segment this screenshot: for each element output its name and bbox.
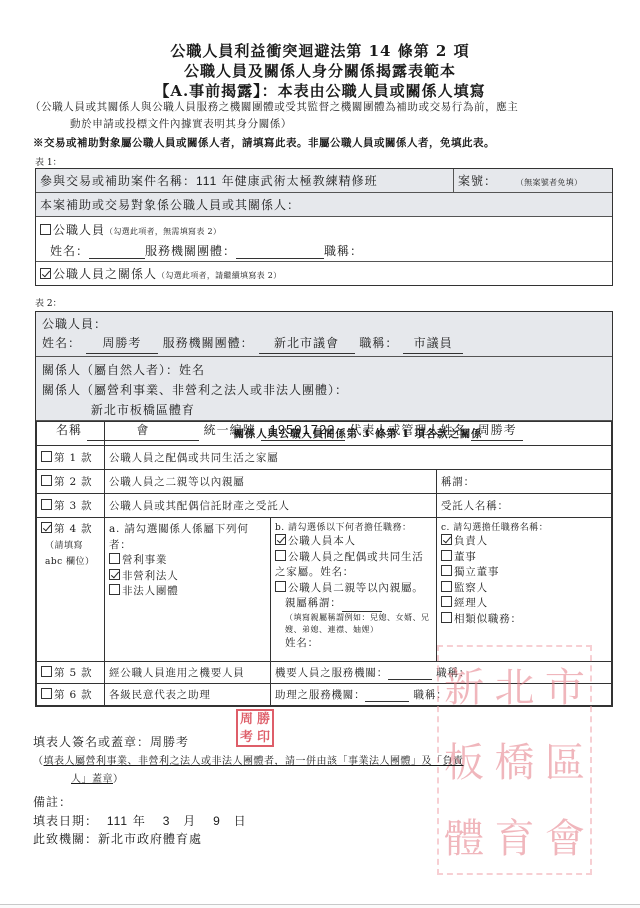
official-option-row: 公職人員（勾選此項者，無需填寫表 2） 姓名：服務機關團體：職稱： <box>36 217 612 262</box>
clause-6-checkbox[interactable] <box>41 688 52 699</box>
col-b-title: b. 請勾選係以下何者擔任職務： <box>275 522 432 534</box>
col-b-opt2-checkbox[interactable] <box>275 550 286 561</box>
clause-1-label: 第 1 款 <box>54 452 92 464</box>
t2-agency-value[interactable]: 新北市議會 <box>259 334 355 354</box>
addressee-label: 此致機關： <box>33 832 98 846</box>
date-year[interactable]: 111 <box>107 814 128 828</box>
clause-6-desc: 各級民意代表之助理 <box>105 684 271 706</box>
clause-2-checkbox[interactable] <box>41 475 52 486</box>
col-b-name-label[interactable]: 姓名： <box>275 636 432 652</box>
official-header: 公職人員： <box>42 315 606 334</box>
clause-6-agency-field[interactable] <box>365 690 409 702</box>
date-label: 填表日期： <box>33 814 98 828</box>
case-name-label: 參與交易或補助案件名稱： <box>40 172 196 189</box>
clause-6-extra: 助理之服務機關： <box>275 689 365 701</box>
table2-label: 表 2： <box>35 296 62 309</box>
target-label: 本案補助或交易對象係公職人員或其關係人： <box>36 194 304 215</box>
col-a-opt3-label: 非法人團體 <box>122 585 179 597</box>
col-a: a. 請勾選關係人係屬下列何者： 營利事業 非營利法人 非法人團體 <box>105 518 271 662</box>
signer-line: 填表人簽名或蓋章：周勝考 <box>33 733 189 750</box>
clause-5-desc: 經公職人員進用之機要人員 <box>105 662 271 684</box>
org-name-value[interactable]: 新北市板橋區體育會 <box>87 400 199 441</box>
t2-title-label: 職稱： <box>359 336 398 350</box>
intro-note-line2: 動於申請或投標文件內據實表明其身分關係） <box>30 116 620 133</box>
relative-option-label: 公職人員之關係人 <box>53 267 157 281</box>
clause-5-extra: 機要人員之服務機關： <box>275 667 388 679</box>
title-line-2: 公職人員及關係人身分關係揭露表範本 <box>0 60 640 81</box>
col-c-opt3-label: 獨立董事 <box>454 566 499 578</box>
kin-label: 親屬稱謂： <box>285 597 342 609</box>
clause-row-4: 第 4 款 （請填寫 abc 欄位） a. 請勾選關係人係屬下列何者： 營利事業… <box>37 518 612 662</box>
col-a-opt1-checkbox[interactable] <box>109 553 120 564</box>
agency-field[interactable] <box>236 247 324 259</box>
col-c-opt6-label: 相類似職務： <box>454 613 522 625</box>
official-option-hint: （勾選此項者，無需填寫表 2） <box>105 227 221 236</box>
clause-4-sub: （請填寫 abc 欄位） <box>41 538 100 570</box>
t2-name-value[interactable]: 周勝考 <box>86 334 158 354</box>
target-row: 本案補助或交易對象係公職人員或其關係人： <box>36 193 612 217</box>
clause-2-label: 第 2 款 <box>54 476 92 488</box>
col-c-opt1-checkbox[interactable] <box>441 534 452 545</box>
col-a-opt3-checkbox[interactable] <box>109 584 120 595</box>
clause-row-3: 第 3 款 公職人員或其配偶信託財產之受託人 受託人名稱： <box>37 494 612 518</box>
date-month[interactable]: 3 <box>163 814 171 828</box>
clause-1-desc: 公職人員之配偶或共同生活之家屬 <box>105 446 612 470</box>
kin-hint: （填寫親屬稱謂例如：兒媳、女婿、兄嫂、弟媳、連襟、妯娌） <box>275 612 432 636</box>
t2-title-value[interactable]: 市議員 <box>403 334 463 354</box>
col-b-opt2-label: 公職人員之配偶或共同生活之家屬。姓名： <box>275 551 424 579</box>
name-field[interactable] <box>89 247 145 259</box>
col-c: c. 請勾選擔任職務名稱： 負責人 董事 獨立董事 監察人 經理人 相類似職務： <box>437 518 612 662</box>
kin-field[interactable] <box>342 600 382 612</box>
agency-label: 服務機關團體： <box>145 244 236 258</box>
title-line-3: 【A.事前揭露】：本表由公職人員或關係人填寫 <box>0 80 640 101</box>
official-checkbox[interactable] <box>40 224 51 235</box>
clause-4-label: 第 4 款 <box>54 523 92 535</box>
stamp-note: （填表人屬營利事業、非營利之法人或非法人團體者，請一併由該「事業法人團體」及「負… <box>33 753 573 789</box>
col-b: b. 請勾選係以下何者擔任職務： 公職人員本人 公職人員之配偶或共同生活之家屬。… <box>271 518 437 662</box>
col-c-opt1-label: 負責人 <box>454 535 488 547</box>
clause-2-extra[interactable]: 稱謂： <box>437 470 612 494</box>
remark-label: 備註： <box>33 793 72 810</box>
clause-4-checkbox[interactable] <box>41 522 52 533</box>
org-name-label: 名稱 <box>56 423 82 437</box>
case-name-row: 參與交易或補助案件名稱： 111 年健康武術太極教練精修班 案號： （無案號者免… <box>36 169 612 193</box>
case-name-value[interactable]: 111 年健康武術太極教練精修班 <box>196 172 378 189</box>
col-a-opt2-label: 非營利法人 <box>122 570 179 582</box>
date-line: 填表日期： 111 年 3 月 9 日 <box>33 812 247 829</box>
col-c-opt2-label: 董事 <box>454 551 477 563</box>
case-no-hint: （無案號者免填） <box>516 178 582 187</box>
date-day[interactable]: 9 <box>213 814 221 828</box>
clause-5-label: 第 5 款 <box>54 667 92 679</box>
col-c-opt6-checkbox[interactable] <box>441 612 452 623</box>
title-line-1: 公職人員利益衝突迴避法第 14 條第 2 項 <box>0 40 640 61</box>
clause-5-checkbox[interactable] <box>41 666 52 677</box>
col-c-opt4-checkbox[interactable] <box>441 581 452 592</box>
clause-6-label: 第 6 款 <box>54 689 92 701</box>
official-info-row: 公職人員： 姓名： 周勝考 服務機關團體： 新北市議會 職稱： 市議員 <box>36 312 612 357</box>
warning-note: ※交易或補助對象屬公職人員或關係人者，請填寫此表。非屬公職人員或關係人者，免填此… <box>33 135 495 150</box>
col-b-opt1-label: 公職人員本人 <box>288 535 356 547</box>
col-c-opt4-label: 監察人 <box>454 582 488 594</box>
table1: 參與交易或補助案件名稱： 111 年健康武術太極教練精修班 案號： （無案號者免… <box>35 168 613 286</box>
clause-3-extra[interactable]: 受託人名稱： <box>437 494 612 518</box>
title-label: 職稱： <box>324 244 363 258</box>
col-c-opt3-checkbox[interactable] <box>441 565 452 576</box>
signer-label: 填表人簽名或蓋章： <box>33 735 150 749</box>
col-c-opt5-checkbox[interactable] <box>441 596 452 607</box>
case-no-label: 案號： <box>458 174 497 188</box>
signer-value[interactable]: 周勝考 <box>150 735 189 749</box>
relative-option-hint: （勾選此項者，請繼續填寫表 2） <box>157 271 281 280</box>
official-option-label: 公職人員 <box>53 223 105 237</box>
clause-row-1: 第 1 款 公職人員之配偶或共同生活之家屬 <box>37 446 612 470</box>
col-c-title: c. 請勾選擔任職務名稱： <box>441 522 607 534</box>
col-a-opt2-checkbox[interactable] <box>109 569 120 580</box>
col-b-opt3-checkbox[interactable] <box>275 581 286 592</box>
clause-2-desc: 公職人員之二親等以內親屬 <box>105 470 437 494</box>
relative-option-row: 公職人員之關係人（勾選此項者，請繼續填寫表 2） <box>36 262 612 285</box>
clause-3-desc: 公職人員或其配偶信託財產之受託人 <box>105 494 437 518</box>
intro-note: （公職人員或其關係人與公職人員服務之機關團體或受其監督之機關團體為補助或交易行為… <box>30 99 620 133</box>
natural-person-label: 關係人（屬自然人者）：姓名 <box>42 360 606 380</box>
org-label: 關係人（屬營利事業、非營利之法人或非法人團體）： <box>42 380 606 400</box>
addressee-line: 此致機關：新北市政府體育處 <box>33 830 202 847</box>
col-c-opt2-checkbox[interactable] <box>441 550 452 561</box>
t2-name-label: 姓名： <box>42 336 81 350</box>
clause-5-agency-field[interactable] <box>388 668 432 680</box>
clause-3-label: 第 3 款 <box>54 500 92 512</box>
relative-checkbox[interactable] <box>40 268 51 279</box>
relative-info-row: 關係人（屬自然人者）：姓名 關係人（屬營利事業、非營利之法人或非法人團體）： 名… <box>36 357 612 421</box>
name-label: 姓名： <box>50 244 89 258</box>
clause-1-checkbox[interactable] <box>41 451 52 462</box>
clause-3-checkbox[interactable] <box>41 499 52 510</box>
col-b-opt1-checkbox[interactable] <box>275 534 286 545</box>
table1-label: 表 1： <box>35 155 62 168</box>
intro-note-line1: （公職人員或其關係人與公職人員服務之機關團體或受其監督之機關團體為補助或交易行為… <box>30 101 518 113</box>
col-b-opt3-label: 公職人員二親等以內親屬。 <box>288 582 424 594</box>
clause-row-2: 第 2 款 公職人員之二親等以內親屬 稱謂： <box>37 470 612 494</box>
personal-seal: 周勝 考印 <box>236 709 274 747</box>
col-a-title: a. 請勾選關係人係屬下列何者： <box>109 522 266 553</box>
document-page: 公職人員利益衝突迴避法第 14 條第 2 項 公職人員及關係人身分關係揭露表範本… <box>0 0 640 905</box>
col-a-opt1-label: 營利事業 <box>122 554 167 566</box>
t2-agency-label: 服務機關團體： <box>163 336 254 350</box>
col-c-opt5-label: 經理人 <box>454 597 488 609</box>
addressee-value[interactable]: 新北市政府體育處 <box>98 832 202 846</box>
